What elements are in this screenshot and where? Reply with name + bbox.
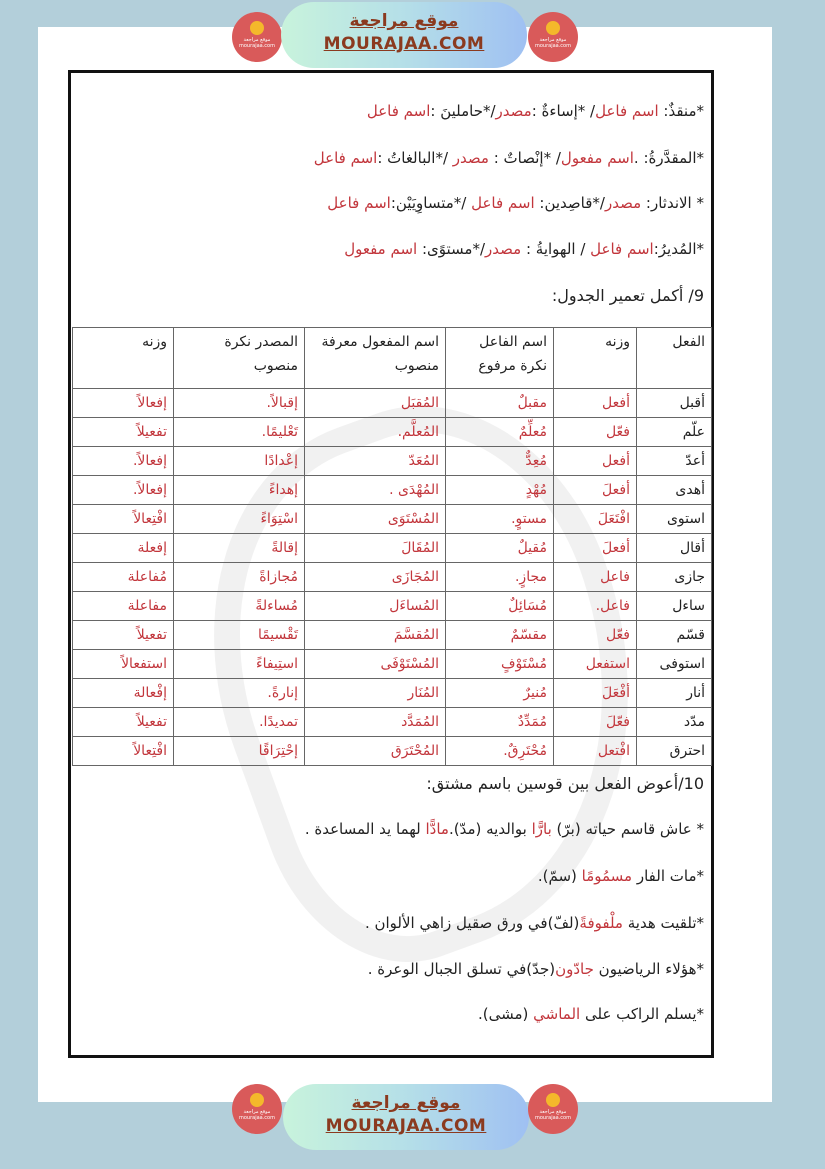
table-cell-verb: قسّم [637, 621, 712, 650]
col-header-masdar-pattern: وزنه [73, 328, 174, 389]
answer-text: مصدر [496, 102, 532, 120]
answer-text: اسم فاعل [327, 194, 391, 212]
table-cell-answer: مُعلِّمٌ [446, 418, 554, 447]
banner-latin-title: MOURAJAA.COM [281, 32, 527, 56]
prompt-text: / *إساءةٌ : [532, 102, 595, 120]
table-cell-answer: مُحْتَرِقٌ. [446, 737, 554, 766]
badge-text-en: mourajaa.com [528, 43, 578, 49]
question-9-title: 9/ أكمل تعمير الجدول: [552, 286, 704, 305]
table-cell-answer: المُعلَّم. [305, 418, 446, 447]
table-row: أنارأفْعَلَمُنيرٌالمُنَارإنارةً.إفْعالة [73, 679, 712, 708]
table-cell-answer: إحْتِرَاقًا [174, 737, 305, 766]
table-cell-answer: المُقسَّمَ [305, 621, 446, 650]
table-row: أقالأفعلَمُقيلٌالمُقَالَإقالةًإفعلة [73, 534, 712, 563]
badge-text-en: mourajaa.com [232, 43, 282, 49]
table-cell-answer: إفعلة [73, 534, 174, 563]
table-cell-answer: افْتِعالاً [73, 737, 174, 766]
table-cell-answer: المُقبَل [305, 389, 446, 418]
banner-arabic-title: موقع مراجعة [281, 10, 527, 32]
answer-text: الماشي [533, 1005, 580, 1023]
table-cell-verb: احترق [637, 737, 712, 766]
banner-latin-title: MOURAJAA.COM [283, 1114, 529, 1138]
prompt-text: لهما يد المساعدة . [305, 820, 426, 838]
table-cell-answer: إهداءً [174, 476, 305, 505]
table-cell-answer: اسْتِوَاءً [174, 505, 305, 534]
table-cell-answer: تفعيلاً [73, 418, 174, 447]
col-header-passive-participle: اسم المفعول معرفة منصوب [305, 328, 446, 389]
table-cell-answer: أفعلَ [554, 534, 637, 563]
table-cell-answer: مُمَدِّدٌ [446, 708, 554, 737]
table-cell-answer: إفعالاً. [73, 476, 174, 505]
table-cell-answer: مُهْدٍ [446, 476, 554, 505]
prompt-text: * عاش قاسم حياته (برّ) [552, 820, 704, 838]
table-cell-answer: المُنَار [305, 679, 446, 708]
prompt-text: *مات الفار [632, 867, 704, 885]
prompt-text: / الهوايةُ : [521, 240, 590, 258]
table-cell-answer: تمديدًا. [174, 708, 305, 737]
site-logo-badge-right[interactable]: موقع مراجعة mourajaa.com [528, 12, 578, 62]
prompt-text: *يسلم الراكب على [580, 1005, 704, 1023]
table-cell-verb: استوفى [637, 650, 712, 679]
table-row: استوىافْتَعَلَمستوٍ.المُسْتَوَىاسْتِوَاء… [73, 505, 712, 534]
answer-line-1: *منقذٌ: اسم فاعل/ *إساءةٌ :مصدر/*حاملينَ… [367, 102, 704, 120]
table-row: جازىفاعلمجازٍ.المُجَازَىمُجازاةًمُفاعلة [73, 563, 712, 592]
table-cell-answer: مُسَائِلٌ [446, 592, 554, 621]
derivation-table: الفعل وزنه اسم الفاعل نكرة مرفوع اسم الم… [72, 327, 712, 766]
table-cell-answer: استفعالاً [73, 650, 174, 679]
table-cell-verb: أهدى [637, 476, 712, 505]
answer-text: مسمُومًا [582, 867, 632, 885]
sentence-line-5: *يسلم الراكب على الماشي (مشى). [478, 1005, 704, 1023]
prompt-text: (لفّ)في ورق صقيل زاهي الألوان . [365, 914, 579, 932]
table-row: استوفىاستفعلمُسْتَوْفٍالمُسْتَوْفَىاستِي… [73, 650, 712, 679]
table-cell-answer: تَعْليمًا. [174, 418, 305, 447]
table-cell-answer: مُعِدٌّ [446, 447, 554, 476]
col-header-pattern: وزنه [554, 328, 637, 389]
table-cell-answer: مُفاعلة [73, 563, 174, 592]
table-cell-answer: المُعَدّ [305, 447, 446, 476]
table-row: ساءلفاعل.مُسَائِلٌالمُساءَلمُساءلةًمفاعل… [73, 592, 712, 621]
table-cell-answer: إقبالاً. [174, 389, 305, 418]
table-row: مدّدفعّلَمُمَدِّدٌالمُمَدَّدتمديدًا.تفعي… [73, 708, 712, 737]
prompt-text: *المُديرُ: [654, 240, 704, 258]
table-cell-answer: تَقْسيمًا [174, 621, 305, 650]
table-cell-answer: تفعيلاً [73, 708, 174, 737]
book-icon [250, 21, 264, 35]
book-icon [250, 1093, 264, 1107]
table-cell-answer: مُجازاةً [174, 563, 305, 592]
table-cell-answer: مقبلٌ [446, 389, 554, 418]
answer-text: اسم فاعل [471, 194, 535, 212]
table-cell-answer: المُهْدَى . [305, 476, 446, 505]
table-cell-answer: افْتَعَلَ [554, 505, 637, 534]
sentence-line-2: *مات الفار مسمُومًا (سمّ). [538, 867, 704, 885]
prompt-text: /*متساوِيَيْن: [391, 194, 471, 212]
banner-arabic-title: موقع مراجعة [283, 1092, 529, 1114]
answer-text: ملْفوفةً [579, 914, 623, 932]
site-banner-top[interactable]: موقع مراجعة MOURAJAA.COM [281, 2, 527, 68]
table-cell-answer: إفعالاً. [73, 447, 174, 476]
table-cell-answer: أفعل [554, 447, 637, 476]
table-cell-answer: استِيفاءً [174, 650, 305, 679]
sentence-line-4: *هؤلاء الرياضيون جادّون(جدّ)في تسلق الجب… [368, 960, 704, 978]
answer-text: اسم مفعول [344, 240, 417, 258]
table-cell-answer: المُسْتَوْفَى [305, 650, 446, 679]
table-cell-answer: تفعيلاً [73, 621, 174, 650]
prompt-text: (مشى). [478, 1005, 533, 1023]
col-header-masdar: المصدر نكرة منصوب [174, 328, 305, 389]
answer-text: مادًّا [426, 820, 449, 838]
answer-text: اسم فاعل [314, 149, 378, 167]
site-logo-badge-left[interactable]: موقع مراجعة mourajaa.com [232, 12, 282, 62]
table-cell-verb: أعدّ [637, 447, 712, 476]
table-cell-answer: إنارةً. [174, 679, 305, 708]
answer-text: اسم فاعل [590, 240, 654, 258]
answer-line-4: *المُديرُ:اسم فاعل / الهوايةُ : مصدر/*مس… [344, 240, 704, 258]
table-cell-answer: مُساءلةً [174, 592, 305, 621]
table-cell-answer: فاعل [554, 563, 637, 592]
prompt-text: /*البالغاتُ : [377, 149, 452, 167]
table-cell-verb: علّم [637, 418, 712, 447]
table-cell-answer: المُمَدَّد [305, 708, 446, 737]
answer-text: مصدر [453, 149, 489, 167]
table-cell-answer: فعّل [554, 418, 637, 447]
col-header-active-participle: اسم الفاعل نكرة مرفوع [446, 328, 554, 389]
table-cell-answer: فعّلَ [554, 708, 637, 737]
table-cell-answer: المُساءَل [305, 592, 446, 621]
table-cell-verb: مدّد [637, 708, 712, 737]
table-cell-answer: مُنيرٌ [446, 679, 554, 708]
table-cell-answer: أفعل [554, 389, 637, 418]
table-cell-answer: مفاعلة [73, 592, 174, 621]
table-cell-verb: أقبل [637, 389, 712, 418]
sentence-line-3: *تلقيت هدية ملْفوفةً(لفّ)في ورق صقيل زاه… [365, 914, 704, 932]
table-cell-answer: أفْعَلَ [554, 679, 637, 708]
book-icon [546, 21, 560, 35]
table-cell-answer: المُجَازَى [305, 563, 446, 592]
site-logo-badge-bottom-right[interactable]: موقع مراجعة mourajaa.com [528, 1084, 578, 1134]
table-cell-answer: مقسّمٌ [446, 621, 554, 650]
badge-text-en: mourajaa.com [232, 1115, 282, 1121]
answer-text: جادّون [555, 960, 594, 978]
table-row: قسّمفعّلمقسّمٌالمُقسَّمَتَقْسيمًاتفعيلاً [73, 621, 712, 650]
prompt-text: / *إنْصاتٌ : [489, 149, 561, 167]
prompt-text: (جدّ)في تسلق الجبال الوعرة . [368, 960, 555, 978]
prompt-text: *المقدَّرةُ: . [634, 149, 704, 167]
answer-text: اسم مفعول [561, 149, 634, 167]
prompt-text: *هؤلاء الرياضيون [594, 960, 704, 978]
site-logo-badge-bottom-left[interactable]: موقع مراجعة mourajaa.com [232, 1084, 282, 1134]
prompt-text: /*حاملينَ : [430, 102, 495, 120]
table-cell-answer: إفعالاً [73, 389, 174, 418]
table-cell-verb: استوى [637, 505, 712, 534]
table-cell-verb: ساءل [637, 592, 712, 621]
col-header-verb: الفعل [637, 328, 712, 389]
table-cell-answer: المُسْتَوَى [305, 505, 446, 534]
answer-line-2: *المقدَّرةُ: .اسم مفعول/ *إنْصاتٌ : مصدر… [314, 149, 704, 167]
table-cell-answer: افْتِعالاً [73, 505, 174, 534]
table-row: أقبلأفعلمقبلٌالمُقبَلإقبالاً.إفعالاً [73, 389, 712, 418]
sentence-line-1: * عاش قاسم حياته (برّ) بارًّا بوالديه (م… [305, 820, 704, 838]
table-cell-answer: فاعل. [554, 592, 637, 621]
prompt-text: *منقذٌ: [659, 102, 704, 120]
table-row: أعدّأفعلمُعِدٌّالمُعَدّإعْدادًاإفعالاً. [73, 447, 712, 476]
question-10-title: 10/أعوض الفعل بين قوسين باسم مشتق: [426, 774, 704, 793]
prompt-text: *تلقيت هدية [623, 914, 704, 932]
table-cell-answer: مستوٍ. [446, 505, 554, 534]
table-row: علّمفعّلمُعلِّمٌالمُعلَّم.تَعْليمًا.تفعي… [73, 418, 712, 447]
table-cell-answer: استفعل [554, 650, 637, 679]
table-cell-answer: مجازٍ. [446, 563, 554, 592]
table-cell-verb: جازى [637, 563, 712, 592]
table-header-row: الفعل وزنه اسم الفاعل نكرة مرفوع اسم الم… [73, 328, 712, 389]
prompt-text: * الاندثار: [641, 194, 704, 212]
book-icon [546, 1093, 560, 1107]
table-cell-verb: أقال [637, 534, 712, 563]
table-cell-answer: مُقيلٌ [446, 534, 554, 563]
answer-text: مصدر [605, 194, 641, 212]
site-banner-bottom[interactable]: موقع مراجعة MOURAJAA.COM [283, 1084, 529, 1150]
badge-text-en: mourajaa.com [528, 1115, 578, 1121]
answer-text: بارًّا [532, 820, 552, 838]
table-cell-answer: إعْدادًا [174, 447, 305, 476]
table-cell-answer: مُسْتَوْفٍ [446, 650, 554, 679]
table-cell-verb: أنار [637, 679, 712, 708]
table-cell-answer: أفعلَ [554, 476, 637, 505]
prompt-text: (سمّ). [538, 867, 582, 885]
table-row: احترقافْتعلمُحْتَرِقٌ.المُحْتَرَقإحْتِرَ… [73, 737, 712, 766]
answer-line-3: * الاندثار: مصدر/*قاصِدين: اسم فاعل /*مت… [327, 194, 704, 212]
table-row: أهدىأفعلَمُهْدٍالمُهْدَى .إهداءًإفعالاً. [73, 476, 712, 505]
answer-text: اسم فاعل [367, 102, 431, 120]
table-cell-answer: المُحْتَرَق [305, 737, 446, 766]
table-cell-answer: إقالةً [174, 534, 305, 563]
table-cell-answer: المُقَالَ [305, 534, 446, 563]
prompt-text: بوالديه (مدّ). [449, 820, 532, 838]
answer-text: اسم فاعل [595, 102, 659, 120]
prompt-text: /*قاصِدين: [535, 194, 605, 212]
table-cell-answer: افْتعل [554, 737, 637, 766]
table-cell-answer: إفْعالة [73, 679, 174, 708]
table-cell-answer: فعّل [554, 621, 637, 650]
answer-text: مصدر [485, 240, 521, 258]
prompt-text: /*مستوًى: [417, 240, 485, 258]
